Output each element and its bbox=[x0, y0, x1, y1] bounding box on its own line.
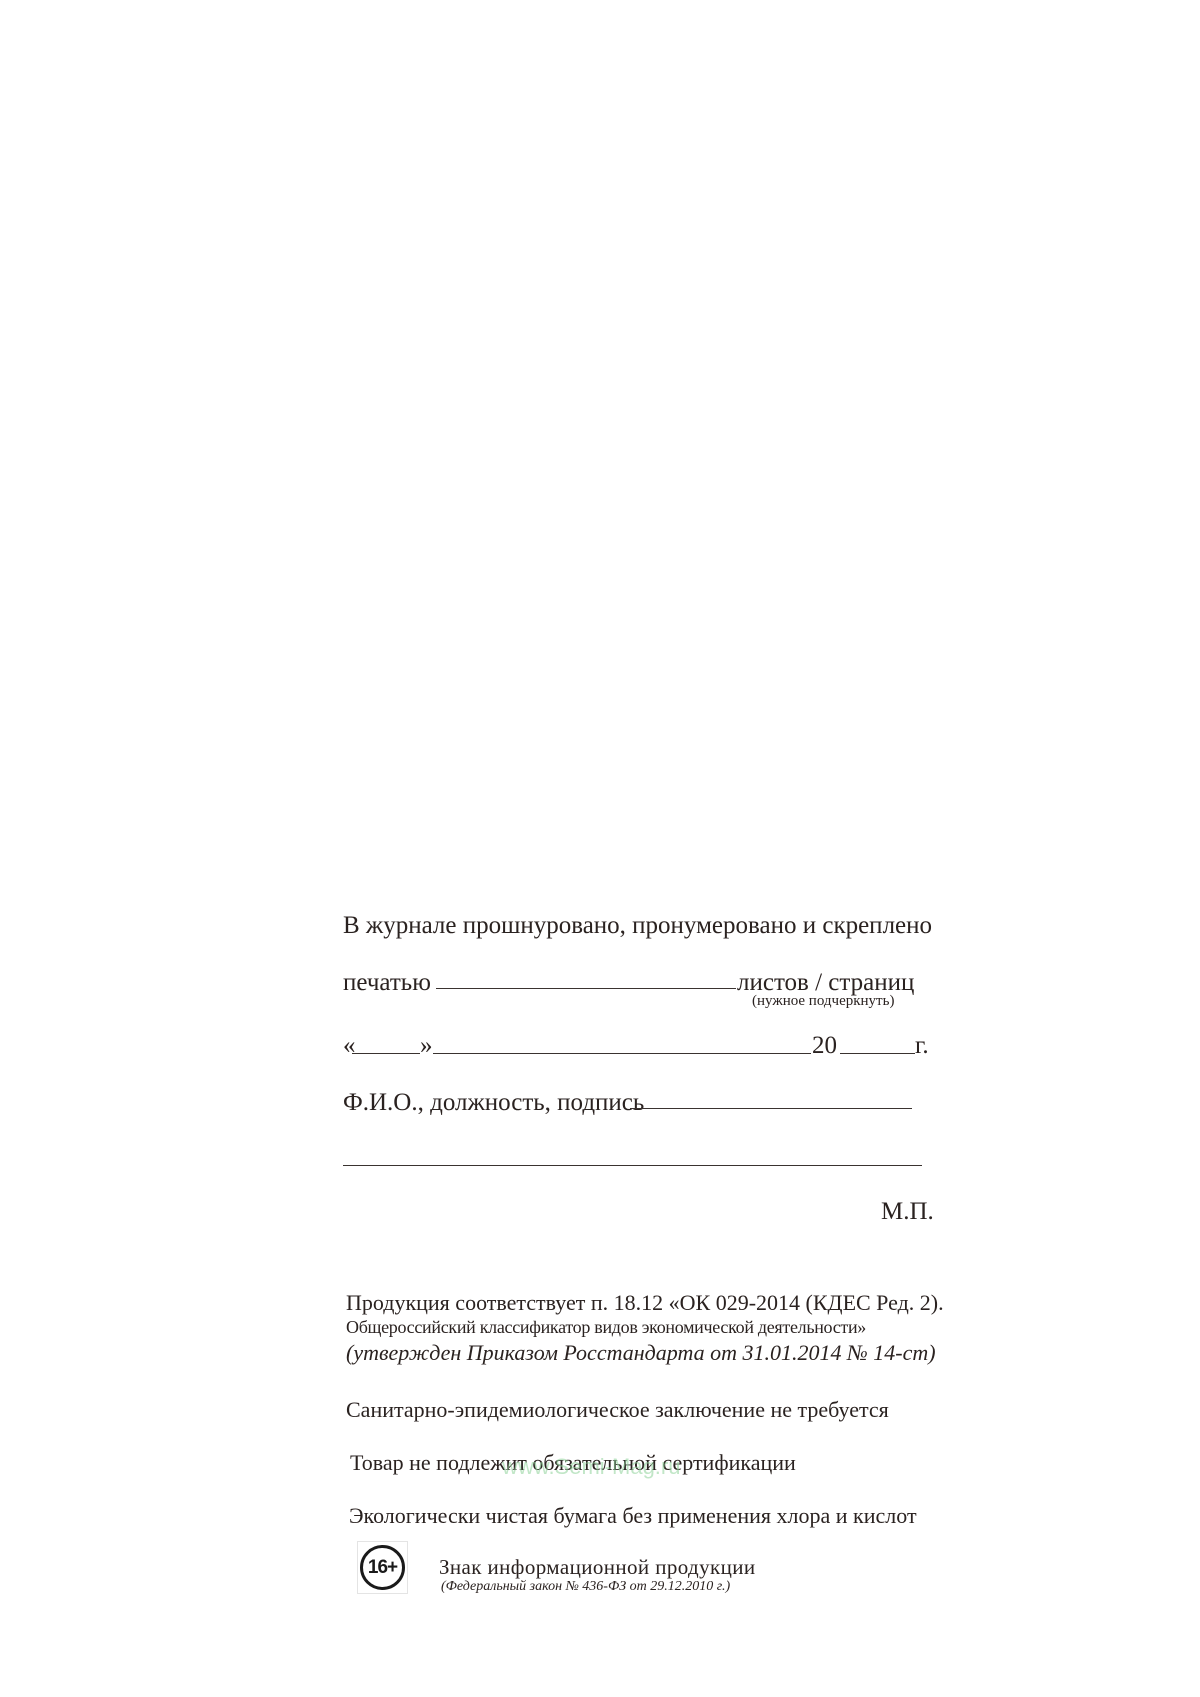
signatory-label: Ф.И.О., должность, подпись bbox=[343, 1090, 644, 1115]
age-rating-title: Знак информационной продукции bbox=[439, 1557, 756, 1578]
sanitary-note: Санитарно-эпидемиологическое заключение … bbox=[346, 1399, 889, 1421]
signatory-continuation-blank[interactable] bbox=[343, 1165, 922, 1166]
underline-note: (нужное подчеркнуть) bbox=[752, 994, 894, 1009]
signatory-blank[interactable] bbox=[630, 1108, 912, 1109]
year-suffix: г. bbox=[915, 1033, 929, 1058]
year-blank[interactable] bbox=[840, 1053, 915, 1054]
sheets-pages-label: листов / страниц bbox=[737, 970, 914, 995]
seal-label: печатью bbox=[343, 970, 431, 995]
compliance-line-3: (утвержден Приказом Росстандарта от 31.0… bbox=[346, 1342, 936, 1364]
year-prefix: 20 bbox=[812, 1033, 837, 1058]
compliance-line-2: Общероссийский классификатор видов эконо… bbox=[346, 1318, 866, 1336]
date-close-quote: » bbox=[420, 1033, 433, 1058]
laced-numbered-statement: В журнале прошнуровано, пронумеровано и … bbox=[343, 913, 932, 938]
age-rating-badge: 16+ bbox=[357, 1541, 408, 1594]
age-rating-law-note: (Федеральный закон № 436-ФЗ от 29.12.201… bbox=[441, 1580, 730, 1594]
eco-note: Экологически чистая бумага без применени… bbox=[349, 1505, 917, 1527]
month-blank[interactable] bbox=[433, 1053, 811, 1054]
compliance-line-1: Продукция соответствует п. 18.12 «ОК 029… bbox=[346, 1292, 944, 1314]
day-blank[interactable] bbox=[352, 1053, 420, 1054]
watermark: www.Semi-Mag.ru bbox=[502, 1454, 680, 1480]
age-16-plus-icon: 16+ bbox=[360, 1545, 405, 1590]
sheet-count-blank[interactable] bbox=[436, 988, 736, 989]
stamp-label: М.П. bbox=[881, 1199, 934, 1224]
date-open-quote: « bbox=[343, 1033, 356, 1058]
